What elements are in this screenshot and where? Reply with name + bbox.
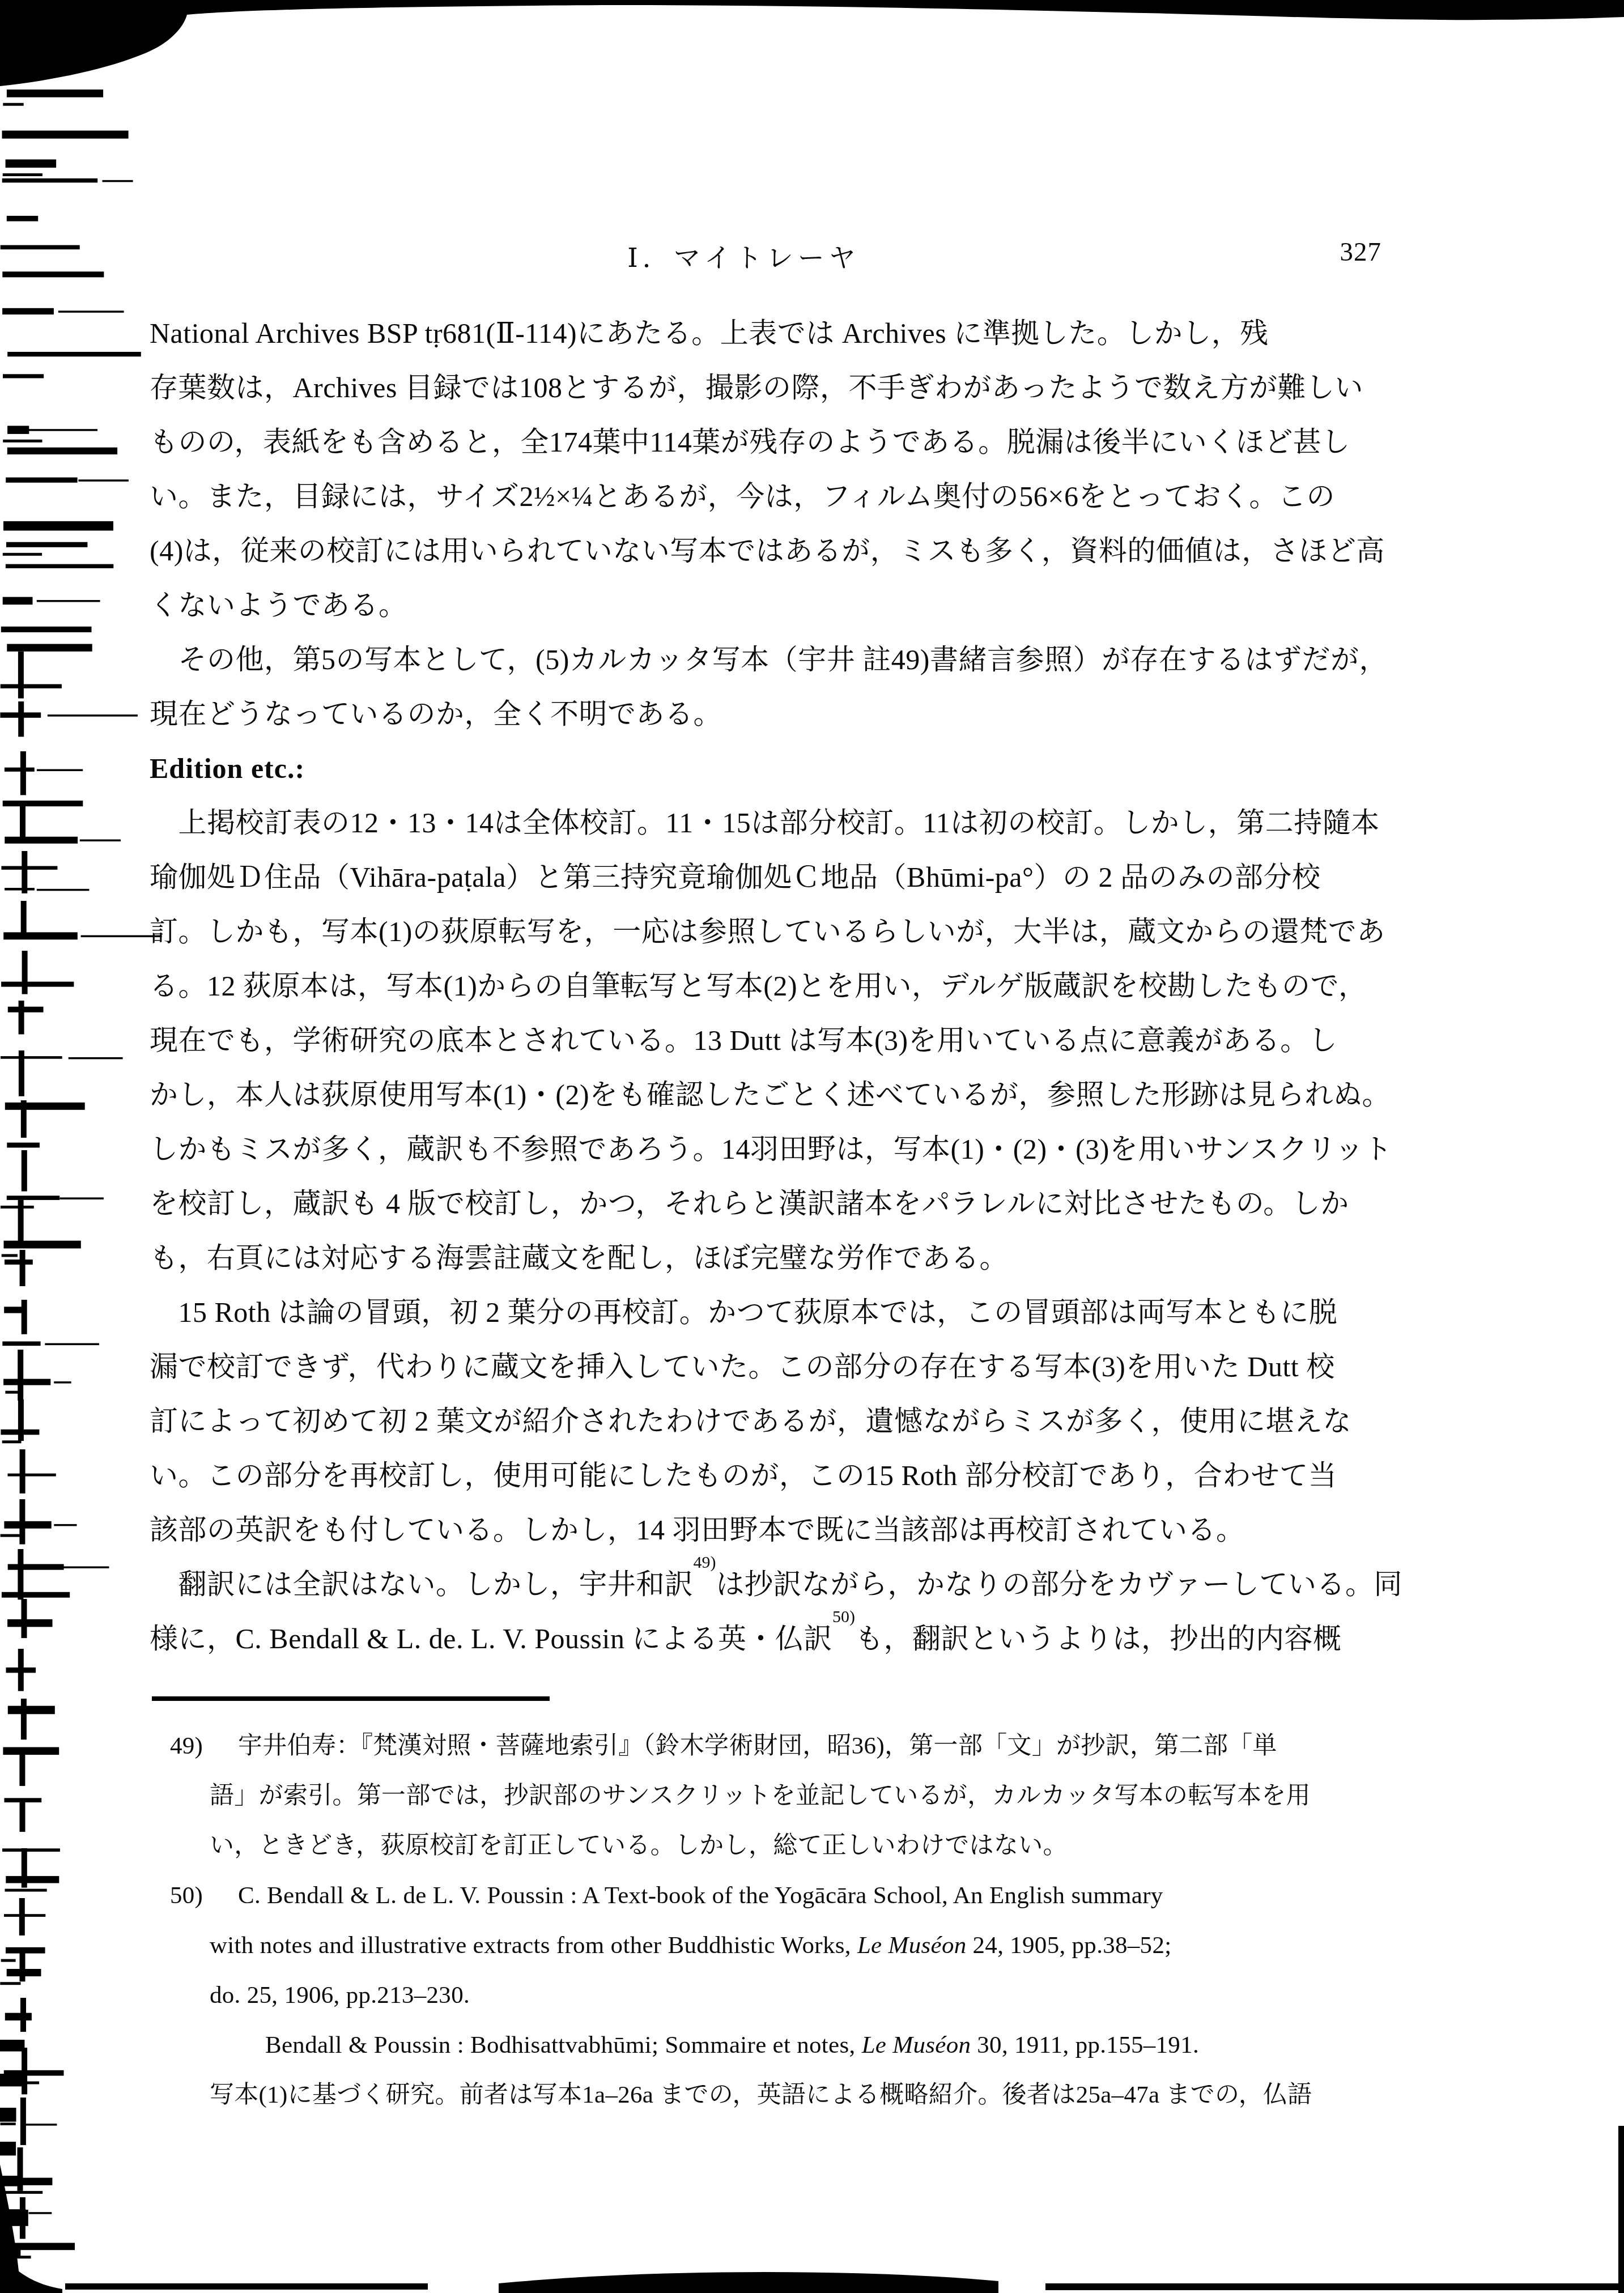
text-line: 現在でも，学術研究の底本とされている。13 Dutt は写本(3)を用いている点… xyxy=(150,1013,1481,1067)
text-line: くないようである。 xyxy=(150,578,1481,632)
scanned-document-page: Ⅰ．マイトレーヤ 327 National Archives BSP tṛ681… xyxy=(0,0,1624,2293)
text-segment: 翻訳には全訳はない。しかし，宇井和訳 xyxy=(150,1568,694,1600)
text-line: 存葉数は，Archives 目録では108とするが，撮影の際，不手ぎわがあったよ… xyxy=(150,360,1481,415)
main-text-block: National Archives BSP tṛ681(Ⅱ-114)にあたる。上… xyxy=(150,306,1481,1666)
footnote-ref-49: 49) xyxy=(694,1553,716,1572)
footnote-ref-50: 50) xyxy=(832,1607,855,1626)
footnote-line: 写本(1)に基づく研究。前者は写本1a–26a までの，英語による概略紹介。後者… xyxy=(170,2070,1462,2120)
text-line: 瑜伽処Ｄ住品（Vihāra-paṭala）と第三持究竟瑜伽処Ｃ地品（Bhūmi-… xyxy=(150,850,1481,904)
text-line: National Archives BSP tṛ681(Ⅱ-114)にあたる。上… xyxy=(150,306,1481,360)
text-line: (4)は，従来の校訂には用いられていない写本ではあるが，ミスも多く，資料的価値は… xyxy=(150,524,1481,578)
text-line: その他，第5の写本として，(5)カルカッタ写本（宇井 註49)書緒言参照）が存在… xyxy=(150,632,1481,687)
text-line: も，右頁には対応する海雲註蔵文を配し，ほぼ完璧な労作である。 xyxy=(150,1231,1481,1285)
journal-title: Le Muséon xyxy=(862,2032,971,2058)
text-segment: Bendall & Poussin : Bodhisattvabhūmi; So… xyxy=(265,2032,862,2058)
text-line: 訂によって初めて初 2 葉文が紹介されたわけであるが，遺憾ながらミスが多く，使用… xyxy=(150,1394,1481,1448)
footnote-line: with notes and illustrative extracts fro… xyxy=(170,1921,1462,1971)
footnote-line: 50)C. Bendall & L. de L. V. Poussin : A … xyxy=(170,1871,1462,1921)
footnote-line: 49)宇井伯寿：『梵漢対照・菩薩地索引』（鈴木学術財団，昭36)，第一部「文」が… xyxy=(170,1721,1462,1771)
text-line: る。12 荻原本は，写本(1)からの自筆転写と写本(2)とを用い，デルゲ版蔵訳を… xyxy=(150,959,1481,1013)
text-line: ものの，表紙をも含めると，全174葉中114葉が残存のようである。脱漏は後半にい… xyxy=(150,415,1481,469)
text-segment: も，翻訳というよりは，抄出的内容概 xyxy=(855,1623,1342,1654)
scan-artifact-top-edge xyxy=(0,0,1624,86)
text-line: 15 Roth は論の冒頭，初 2 葉分の再校訂。かつて荻原本では，この冒頭部は… xyxy=(150,1285,1481,1339)
footnote-separator-rule xyxy=(152,1696,550,1701)
footnote-line: 語」が索引。第一部では，抄訳部のサンスクリットを並記しているが，カルカッタ写本の… xyxy=(170,1771,1462,1821)
running-header-title: Ⅰ．マイトレーヤ xyxy=(82,237,1405,275)
footnote-line: い，ときどき，荻原校訂を訂正している。しかし，総て正しいわけではない。 xyxy=(170,1821,1462,1871)
text-line: い。この部分を再校訂し，使用可能にしたものが，この15 Roth 部分校訂であり… xyxy=(150,1448,1481,1503)
text-segment: 宇井伯寿：『梵漢対照・菩薩地索引』（鈴木学術財団，昭36)，第一部「文」が抄訳，… xyxy=(238,1733,1277,1759)
footnote-number: 49) xyxy=(170,1721,238,1771)
text-line: を校訂し，蔵訳も 4 版で校訂し，かつ，それらと漢訳諸本をパラレルに対比させたも… xyxy=(150,1176,1481,1231)
text-line: い。また，目録には，サイズ2½×¼とあるが，今は，フィルム奥付の56×6をとって… xyxy=(150,469,1481,524)
edition-heading: Edition etc.: xyxy=(150,741,1481,795)
text-line: 翻訳には全訳はない。しかし，宇井和訳49)は抄訳ながら，かなりの部分をカヴァーし… xyxy=(150,1557,1481,1611)
page-number: 327 xyxy=(1340,237,1382,267)
text-segment: C. Bendall & L. de L. V. Poussin : A Tex… xyxy=(238,1882,1163,1909)
footnote-line: Bendall & Poussin : Bodhisattvabhūmi; So… xyxy=(170,2020,1462,2070)
scan-artifact-left-binding xyxy=(0,90,161,2258)
text-segment: 24, 1905, pp.38–52; xyxy=(967,1932,1172,1959)
text-segment: は抄訳ながら，かなりの部分をカヴァーしている。同 xyxy=(716,1568,1403,1600)
scan-artifact-bottom-edge xyxy=(0,2126,1624,2293)
text-line: かし，本人は荻原使用写本(1)・(2)をも確認したごとく述べているが，参照した形… xyxy=(150,1067,1481,1122)
text-line: 現在どうなっているのか，全く不明である。 xyxy=(150,687,1481,741)
text-line: 該部の英訳をも付している。しかし，14 羽田野本で既に当該部は再校訂されている。 xyxy=(150,1503,1481,1557)
text-line: 様に，C. Bendall & L. de. L. V. Poussin による… xyxy=(150,1611,1481,1666)
text-line: 漏で校訂できず，代わりに蔵文を挿入していた。この部分の存在する写本(3)を用いた… xyxy=(150,1339,1481,1394)
text-segment: with notes and illustrative extracts fro… xyxy=(210,1932,857,1959)
text-segment: 30, 1911, pp.155–191. xyxy=(971,2032,1199,2058)
footnotes-block: 49)宇井伯寿：『梵漢対照・菩薩地索引』（鈴木学術財団，昭36)，第一部「文」が… xyxy=(170,1721,1462,2120)
text-segment: 様に，C. Bendall & L. de. L. V. Poussin による… xyxy=(150,1623,832,1654)
footnote-number: 50) xyxy=(170,1871,238,1921)
page-header: Ⅰ．マイトレーヤ 327 xyxy=(150,237,1473,273)
journal-title: Le Muséon xyxy=(857,1932,967,1959)
text-line: しかもミスが多く，蔵訳も不参照であろう。14羽田野は，写本(1)・(2)・(3)… xyxy=(150,1122,1481,1176)
text-line: 訂。しかも，写本(1)の荻原転写を，一応は参照しているらしいが，大半は，蔵文から… xyxy=(150,904,1481,959)
footnote-line: do. 25, 1906, pp.213–230. xyxy=(170,1971,1462,2020)
text-line: 上掲校訂表の12・13・14は全体校訂。11・15は部分校訂。11は初の校訂。し… xyxy=(150,795,1481,850)
